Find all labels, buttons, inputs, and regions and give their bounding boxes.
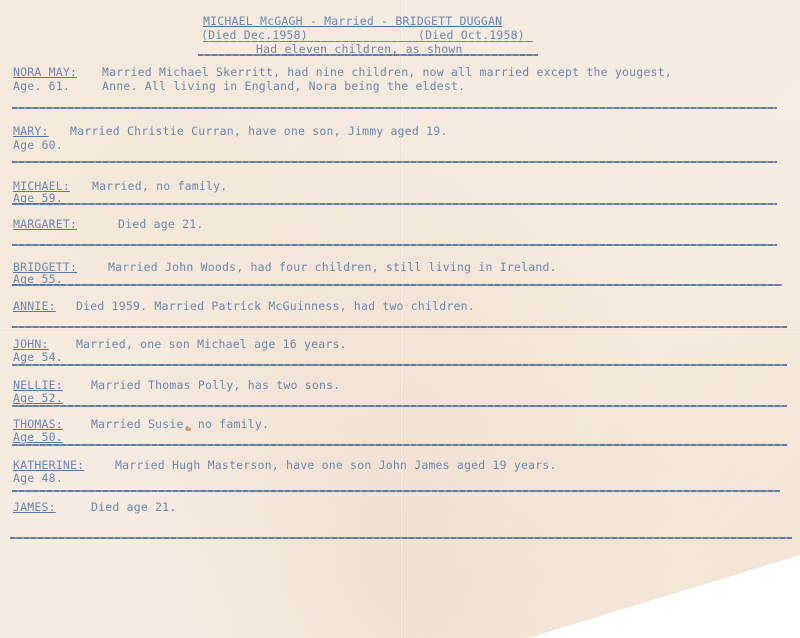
child-name-nellie: NELLIE:: [13, 378, 63, 392]
married-label: Married: [324, 14, 374, 28]
child-details-nellie: Married Thomas Polly, has two sons.: [91, 378, 340, 392]
row-divider: [12, 107, 777, 109]
header-separator: -: [374, 14, 395, 28]
row-divider: [10, 537, 792, 539]
child-name-john: JOHN:: [13, 337, 49, 351]
child-name-mary: MARY:: [13, 124, 49, 138]
child-details-margaret: Died age 21.: [118, 217, 203, 231]
child-details-annie: Died 1959. Married Patrick McGuinness, h…: [76, 299, 475, 313]
child-details-bridgett: Married John Woods, had four children, s…: [108, 260, 557, 274]
child-details-nora-may: Married Michael Skerritt, had nine child…: [102, 65, 672, 79]
child-age-john: Age 54.: [13, 350, 63, 364]
row-divider: [12, 326, 787, 328]
child-age-thomas: Age 50.: [13, 430, 63, 444]
child-details-james: Died age 21.: [91, 500, 176, 514]
row-divider: [12, 405, 787, 407]
child-age-katherine: Age 48.: [13, 471, 63, 485]
child-name-thomas: THOMAS:: [13, 417, 63, 431]
child-name-annie: ANNIE:: [13, 299, 56, 313]
row-divider: [12, 244, 777, 246]
child-details-mary: Married Christie Curran, have one son, J…: [70, 124, 448, 138]
wife-name: BRIDGETT DUGGAN: [395, 14, 502, 28]
ink-stain: [185, 427, 191, 431]
child-age-nora-may: Age. 61.: [13, 79, 70, 93]
row-divider: [12, 490, 780, 492]
child-details-thomas: Married Susie, no family.: [91, 417, 269, 431]
row-divider: [12, 444, 787, 446]
child-name-james: JAMES:: [13, 500, 56, 514]
child-age-nellie: Age 52.: [13, 391, 63, 405]
child-details-nora-may-2: Anne. All living in England, Nora being …: [102, 79, 465, 93]
child-name-katherine: KATHERINE:: [13, 458, 84, 472]
row-divider: [12, 203, 777, 205]
child-age-mary: Age 60.: [13, 138, 63, 152]
child-details-michael: Married, no family.: [92, 179, 227, 193]
header-separator: -: [303, 14, 324, 28]
header-rule: [198, 54, 538, 56]
row-divider: [12, 161, 777, 163]
document-paper: MICHAEL McGAGH - Married - BRIDGETT DUGG…: [0, 0, 800, 638]
wife-death-date: (Died Oct.1958): [418, 28, 525, 42]
child-name-margaret: MARGARET:: [13, 217, 77, 231]
paper-fold-horizontal: [0, 330, 800, 332]
husband-death-date: (Died Dec.1958): [201, 28, 308, 42]
row-divider: [12, 284, 782, 286]
row-divider: [12, 364, 787, 366]
child-name-nora-may: NORA MAY:: [13, 65, 77, 79]
paper-fold-vertical: [400, 0, 402, 638]
husband-name: MICHAEL McGAGH: [203, 14, 303, 28]
child-details-john: Married, one son Michael age 16 years.: [76, 337, 347, 351]
header-couple-line: MICHAEL McGAGH - Married - BRIDGETT DUGG…: [203, 14, 502, 28]
child-details-katherine: Married Hugh Masterson, have one son Joh…: [115, 458, 557, 472]
